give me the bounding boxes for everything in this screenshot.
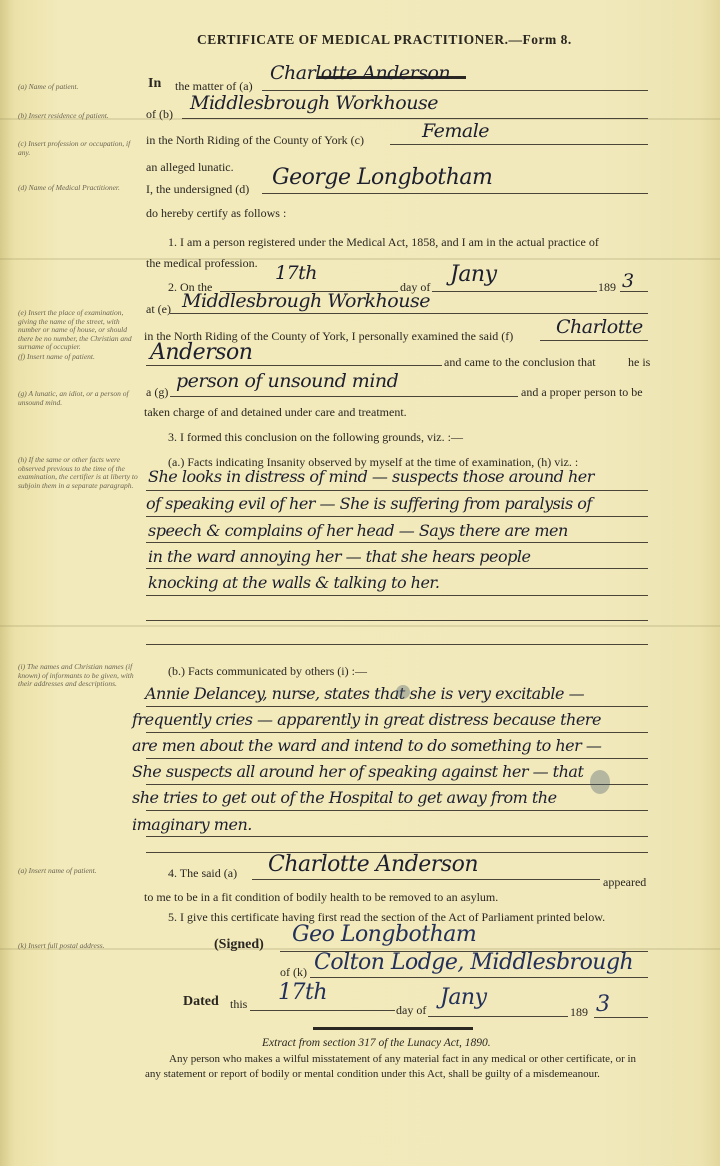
ink-stain [396, 685, 410, 699]
said-patient-field[interactable]: Charlotte Anderson [268, 852, 478, 877]
fill-line [146, 490, 648, 491]
para1-text: 1. I am a person registered under the Me… [168, 235, 599, 250]
a-g-label: a (g) [146, 385, 168, 400]
extract-title: Extract from section 317 of the Lunacy A… [262, 1037, 491, 1049]
fill-line [170, 396, 518, 397]
at-label: at (e) [146, 302, 171, 317]
fill-line [146, 810, 648, 811]
page-fold [0, 625, 720, 627]
observed-line[interactable]: of speaking evil of her — She is sufferi… [146, 494, 592, 513]
taken-charge-text: taken charge of and detained under care … [144, 405, 407, 420]
fill-line [146, 595, 648, 596]
residence-label: of (b) [146, 107, 173, 122]
communicated-line[interactable]: are men about the ward and intend to do … [132, 736, 601, 755]
margin-note-c: (c) Insert profession or occupation, if … [18, 140, 142, 157]
observed-line[interactable]: in the ward annoying her — that she hear… [148, 547, 530, 566]
occupation-field[interactable]: Female [422, 120, 489, 142]
address-field[interactable]: Colton Lodge, Middlesbrough [314, 950, 633, 975]
fill-line [146, 644, 648, 645]
signature-field[interactable]: Geo Longbotham [292, 922, 476, 947]
fill-line [432, 291, 597, 292]
practitioner-field[interactable]: George Longbotham [272, 165, 492, 190]
fill-line [146, 542, 648, 543]
communicated-line[interactable]: She suspects all around her of speaking … [132, 762, 583, 781]
condition-field[interactable]: person of unsound mind [176, 370, 398, 392]
examined-last-field[interactable]: Anderson [150, 340, 252, 365]
address-label: of (k) [280, 965, 307, 980]
fill-line [170, 313, 648, 314]
fit-condition-text: to me to be in a fit condition of bodily… [144, 890, 498, 905]
fill-line [594, 1017, 648, 1018]
facts-communicated-label: (b.) Facts communicated by others (i) :— [168, 664, 367, 679]
residence-field[interactable]: Middlesbrough Workhouse [190, 92, 438, 114]
signed-label: (Signed) [214, 937, 264, 953]
fill-line [146, 732, 648, 733]
margin-note-a2: (a) Insert name of patient. [18, 867, 142, 876]
page-title: CERTIFICATE OF MEDICAL PRACTITIONER.—For… [197, 32, 572, 48]
in-initial: In [148, 76, 161, 92]
margin-note-d: (d) Name of Medical Practitioner. [18, 184, 142, 193]
fill-line [146, 568, 648, 569]
para1-cont: the medical profession. [146, 256, 258, 271]
fill-line [182, 118, 648, 119]
dated-year-prefix: 189 [570, 1005, 588, 1020]
communicated-line[interactable]: Annie Delancey, nurse, states that she i… [145, 684, 584, 703]
fill-line [390, 144, 648, 145]
pronoun-label: he is [628, 355, 650, 370]
proper-person-label: and a proper person to be [521, 385, 643, 400]
communicated-line[interactable]: she tries to get out of the Hospital to … [132, 788, 557, 807]
alleged-lunatic-label: an alleged lunatic. [146, 160, 234, 175]
margin-note-k: (k) Insert full postal address. [18, 942, 142, 951]
fill-line [262, 193, 648, 194]
para3-text: 3. I formed this conclusion on the follo… [168, 430, 463, 445]
undersigned-label: I, the undersigned (d) [146, 182, 249, 197]
fill-line [146, 836, 648, 837]
exam-day-field[interactable]: 17th [275, 262, 317, 284]
fill-line [262, 90, 648, 91]
margin-note-b: (b) Insert residence of patient. [18, 112, 142, 121]
page-fold [0, 258, 720, 260]
fill-line [146, 516, 648, 517]
margin-note-a: (a) Name of patient. [18, 83, 142, 92]
margin-note-g: (g) A lunatic, an idiot, or a person of … [18, 390, 142, 407]
fill-line [428, 1016, 568, 1017]
fill-line [146, 365, 442, 366]
exam-year-field[interactable]: 3 [622, 270, 634, 292]
communicated-line[interactable]: imaginary men. [132, 815, 252, 834]
margin-note-i: (i) The names and Christian names (if kn… [18, 663, 142, 689]
fill-line [250, 1010, 395, 1011]
observed-line[interactable]: speech & complains of her head — Says th… [148, 521, 568, 540]
margin-note-e: (e) Insert the place of examination, giv… [18, 309, 142, 352]
dated-day-of-label: day of [396, 1003, 426, 1018]
fill-line [540, 340, 648, 341]
dated-year-field[interactable]: 3 [596, 992, 610, 1017]
dated-day-field[interactable]: 17th [278, 980, 327, 1005]
year-prefix: 189 [598, 280, 616, 295]
conclusion-label: and came to the conclusion that [444, 355, 596, 370]
fill-line [146, 758, 648, 759]
extract-text: Any person who makes a wilful misstateme… [145, 1052, 650, 1082]
this-label: this [230, 997, 247, 1012]
exam-place-field[interactable]: Middlesbrough Workhouse [182, 290, 430, 312]
fill-line [146, 784, 648, 785]
county-label: in the North Riding of the County of Yor… [146, 133, 364, 148]
fill-line [146, 620, 648, 621]
examined-first-field[interactable]: Charlotte [556, 316, 643, 338]
extract-rule [313, 1027, 473, 1030]
observed-line[interactable]: knocking at the walls & talking to her. [148, 573, 439, 592]
fill-line [146, 706, 648, 707]
certificate-page: CERTIFICATE OF MEDICAL PRACTITIONER.—For… [0, 0, 720, 1166]
appeared-label: appeared [603, 875, 646, 890]
dated-label: Dated [183, 994, 219, 1010]
para4-label: 4. The said (a) [168, 866, 237, 881]
margin-note-f: (f) Insert name of patient. [18, 353, 142, 362]
certify-label: do hereby certify as follows : [146, 206, 286, 221]
observed-line[interactable]: She looks in distress of mind — suspects… [148, 467, 594, 486]
dated-month-field[interactable]: Jany [440, 985, 487, 1010]
exam-month-field[interactable]: Jany [450, 262, 497, 287]
communicated-line[interactable]: frequently cries — apparently in great d… [132, 710, 601, 729]
margin-note-h: (h) If the same or other facts were obse… [18, 456, 142, 490]
fill-line [310, 977, 648, 978]
patient-name-field[interactable]: Charlotte Anderson [270, 62, 450, 84]
fill-line [252, 879, 600, 880]
ink-stain [590, 770, 610, 794]
